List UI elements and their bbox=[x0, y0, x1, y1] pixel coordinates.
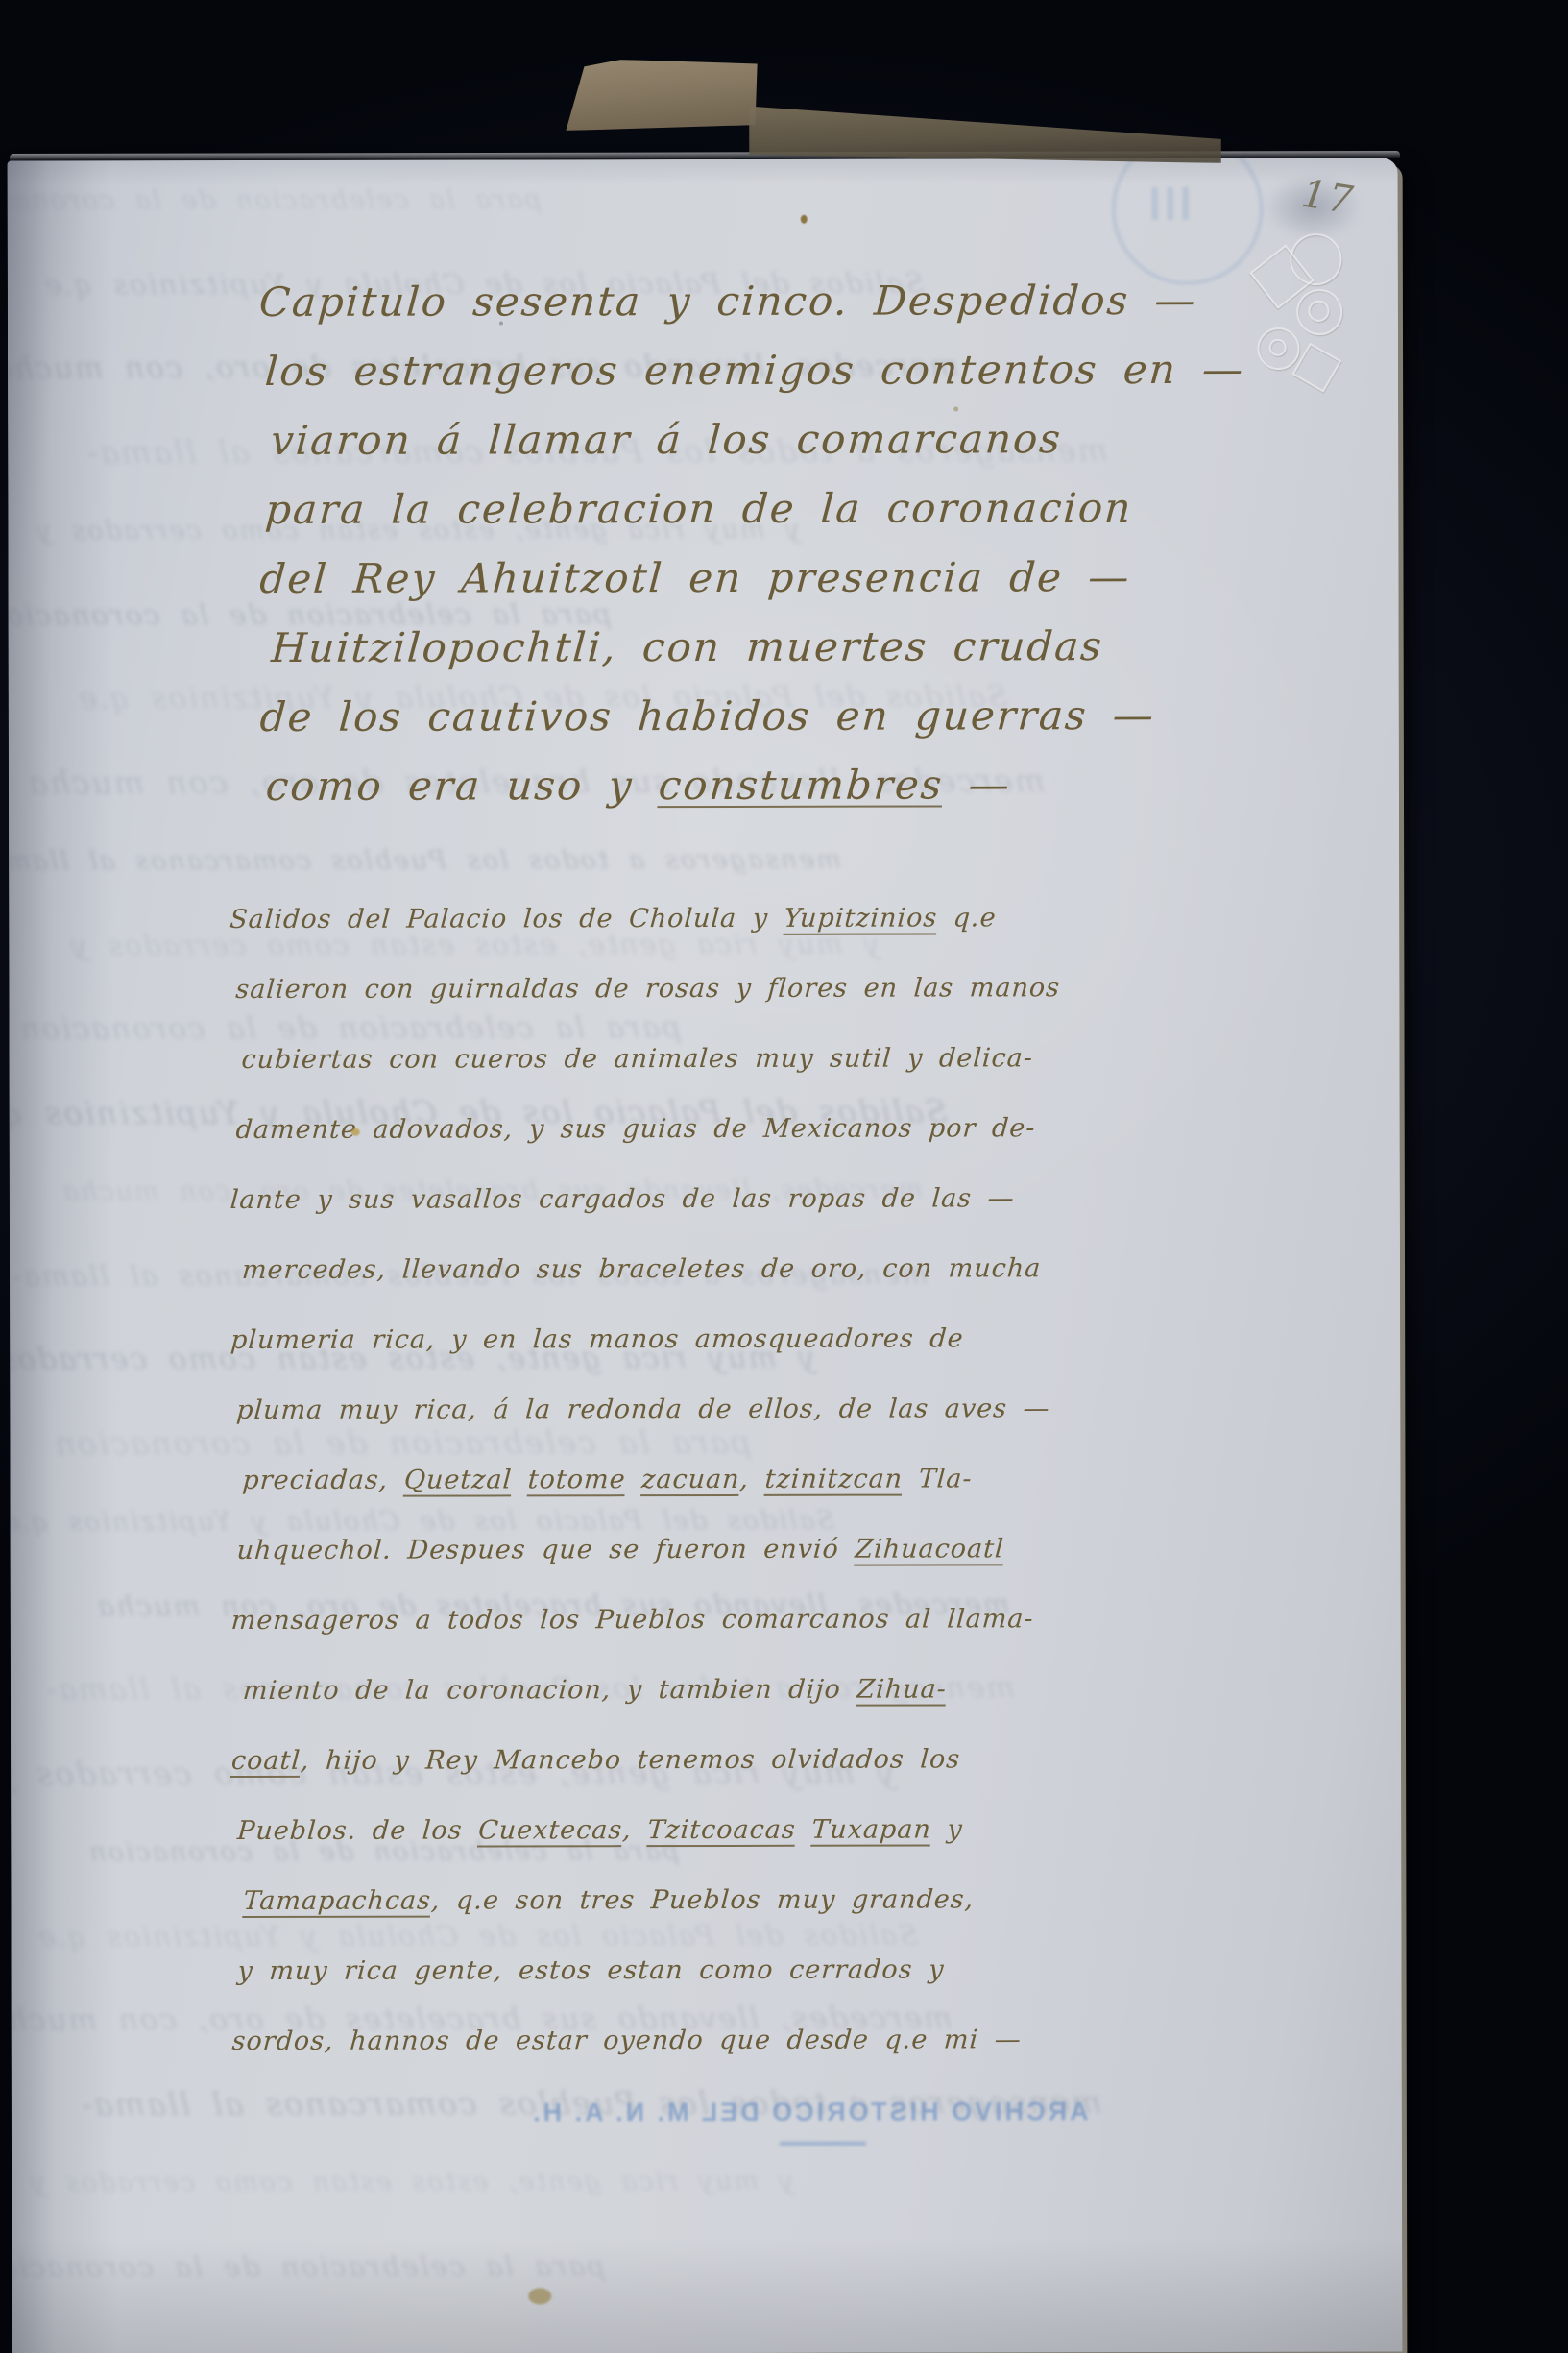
ghost-text: y muy rica gente, estos estan como cerra… bbox=[28, 2167, 795, 2198]
archive-stamp-mark bbox=[780, 2142, 866, 2146]
manuscript-line: uhquechol. Despues que se fueron envió Z… bbox=[234, 1514, 1064, 1586]
manuscript-line: lante y sus vasallos cargados de las rop… bbox=[228, 1163, 1063, 1235]
manuscript-line: y muy rica gente, estos estan como cerra… bbox=[235, 1934, 1065, 2006]
chapter-heading: Capitulo sesenta y cinco. Despedidos —lo… bbox=[259, 266, 1245, 821]
underlined-word: coatl bbox=[230, 1746, 302, 1776]
manuscript-page: para la celebracion de la coronacionSali… bbox=[8, 158, 1403, 2353]
manuscript-line: los estrangeros enemigos contentos en — bbox=[263, 335, 1247, 406]
underlined-word: tzinitzcan bbox=[764, 1465, 905, 1494]
photo-background: para la celebracion de la coronacionSali… bbox=[0, 0, 1568, 2353]
underlined-word: Tamapachcas bbox=[242, 1886, 432, 1916]
manuscript-line: preciadas, Quetzal totome zacuan, tzinit… bbox=[240, 1443, 1064, 1516]
manuscript-line: de los cautivos habidos en guerras — bbox=[257, 681, 1247, 752]
manuscript-line: del Rey Ahuitzotl en presencia de — bbox=[257, 543, 1247, 614]
manuscript-body: Salidos del Palacio los de Cholula y Yup… bbox=[229, 883, 1062, 2076]
manuscript-line: Huitzilopochtli, con muertes crudas bbox=[269, 612, 1247, 683]
manuscript-line: mensageros a todos los Pueblos comarcano… bbox=[229, 1584, 1064, 1656]
manuscript-line: Pueblos. de los Cuextecas, Tzitcoacas Tu… bbox=[235, 1794, 1065, 1866]
manuscript-line: miento de la coronacion, y tambien dijo … bbox=[240, 1654, 1064, 1726]
manuscript-line: viaron á llamar á los comarcanos bbox=[269, 404, 1247, 475]
underlined-word: Cuextecas bbox=[477, 1815, 623, 1845]
underlined-word: constumbres bbox=[657, 761, 945, 809]
underlined-word: Tuxapan bbox=[810, 1815, 932, 1845]
manuscript-line: coatl, hijo y Rey Mancebo tenemos olvida… bbox=[229, 1724, 1065, 1796]
ink-stain bbox=[953, 406, 958, 411]
underlined-word: totome bbox=[527, 1465, 627, 1494]
ghost-text: para la celebracion de la coronacion bbox=[8, 2249, 607, 2283]
ink-stain bbox=[528, 2288, 551, 2304]
manuscript-line: plumeria rica, y en las manos amosqueado… bbox=[229, 1303, 1064, 1375]
manuscript-line: cubiertas con cueros de animales muy sut… bbox=[239, 1023, 1063, 1095]
underlined-word: zacuan bbox=[640, 1465, 740, 1494]
ink-stain bbox=[351, 1128, 360, 1136]
ghost-text: para la celebracion de la coronacion bbox=[8, 184, 543, 215]
ghost-text: mensageros a todos los Pueblos comarcano… bbox=[8, 845, 842, 877]
manuscript-line: Capitulo sesenta y cinco. Despedidos — bbox=[256, 266, 1246, 337]
manuscript-line: para la celebracion de la coronacion bbox=[263, 473, 1247, 545]
archive-stamp: ARCHIVO HISTORICO DEL M. N. A. H. bbox=[470, 2097, 1148, 2127]
manuscript-line: pluma muy rica, á la redonda de ellos, d… bbox=[234, 1373, 1064, 1445]
underlined-word: Tzitcoacas bbox=[646, 1815, 796, 1845]
manuscript-line: mercedes, llevando sus braceletes de oro… bbox=[240, 1233, 1064, 1305]
embossed-seal bbox=[1231, 222, 1386, 402]
underlined-word: Yupitzinios bbox=[784, 903, 939, 933]
ink-stain bbox=[499, 321, 503, 325]
page-stack-edge bbox=[749, 100, 1221, 163]
manuscript-line: Tamapachcas, q.e son tres Pueblos muy gr… bbox=[241, 1864, 1065, 1936]
manuscript-line: como era uso y constumbres — bbox=[264, 750, 1248, 821]
manuscript-line: salieron con guirnaldas de rosas y flore… bbox=[233, 953, 1063, 1025]
underlined-word: Zihua- bbox=[856, 1674, 948, 1704]
underlined-word: Quetzal bbox=[403, 1465, 513, 1494]
underlined-word: Zihuacoatl bbox=[854, 1534, 1004, 1564]
bookmark-ribbon-icon bbox=[560, 60, 763, 131]
ink-stain bbox=[801, 215, 808, 224]
folio-number: 17 bbox=[1298, 172, 1357, 224]
manuscript-line: Salidos del Palacio los de Cholula y Yup… bbox=[228, 883, 1063, 955]
manuscript-line: sordos, hannos de estar oyendo que desde… bbox=[229, 2004, 1065, 2076]
